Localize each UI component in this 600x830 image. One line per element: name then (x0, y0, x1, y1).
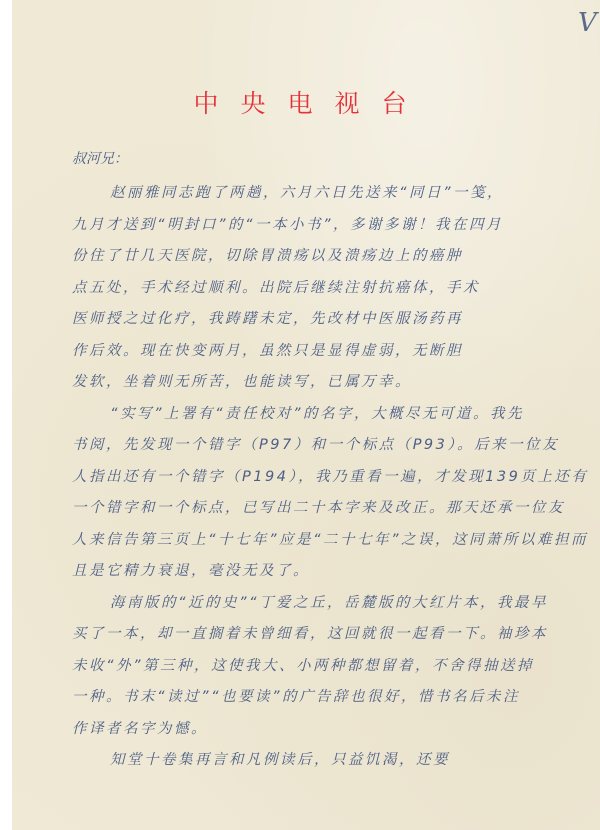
letter-line: 赵丽雅同志跑了两趟，六月六日先送来“同日”一笺， (72, 178, 532, 210)
letterhead-title: 中央电视台 (0, 84, 600, 120)
letter-line: 未收“外”第三种，这使我大、小两种都想留着，不舍得抽送掉 (72, 651, 532, 683)
letter-line: 且是它精力衰退，毫没无及了。 (72, 556, 532, 588)
salutation: 叔河兄： (72, 148, 128, 168)
corner-check-mark: V (578, 8, 597, 38)
letter-line: “实写”上署有“责任校对”的名字，大概尽无可道。我先 (72, 399, 532, 431)
letter-line: 作后效。现在快变两月，虽然只是显得虚弱，无断胆 (72, 336, 532, 368)
letter-line: 一种。书末“读过”“也要读”的广告辞也很好，惜书名后未注 (72, 682, 532, 714)
letter-body: 赵丽雅同志跑了两趟，六月六日先送来“同日”一笺，九月才送到“明封口”的“一本小书… (72, 178, 532, 777)
letter-line: 海南版的“近的史”“丁爱之丘，岳麓版的大红片本，我最早 (72, 588, 532, 620)
letter-line: 买了一本，却一直搁着未曾细看，这回就很一起看一下。袖珍本 (72, 619, 532, 651)
letter-line: 九月才送到“明封口”的“一本小书”，多谢多谢！我在四月 (72, 210, 532, 242)
letter-line: 作译者名字为憾。 (72, 714, 532, 746)
letter-line: 份住了廿几天医院，切除胃溃疡以及溃疡边上的癌肿 (72, 241, 532, 273)
letter-line: 人指出还有一个错字（P194），我乃重看一遍，才发现139页上还有 (72, 462, 532, 494)
letter-line: 知堂十卷集再言和凡例读后，只益饥渴，还要 (72, 745, 532, 777)
letter-line: 一个错字和一个标点，已写出二十本字来及改正。那天还承一位友 (72, 493, 532, 525)
letter-line: 点五处，手术经过顺利。出院后继续注射抗癌体，手术 (72, 273, 532, 305)
letter-line: 人来信告第三页上“十七年”应是“二十七年”之误，这同萧所以难担而 (72, 525, 532, 557)
letter-line: 医师授之过化疗，我踌躇未定，先改材中医服汤药再 (72, 304, 532, 336)
letter-line: 发软，坐着则无所苦，也能读写，已属万幸。 (72, 367, 532, 399)
letter-line: 书阅，先发现一个错字（P97）和一个标点（P93）。后来一位友 (72, 430, 532, 462)
